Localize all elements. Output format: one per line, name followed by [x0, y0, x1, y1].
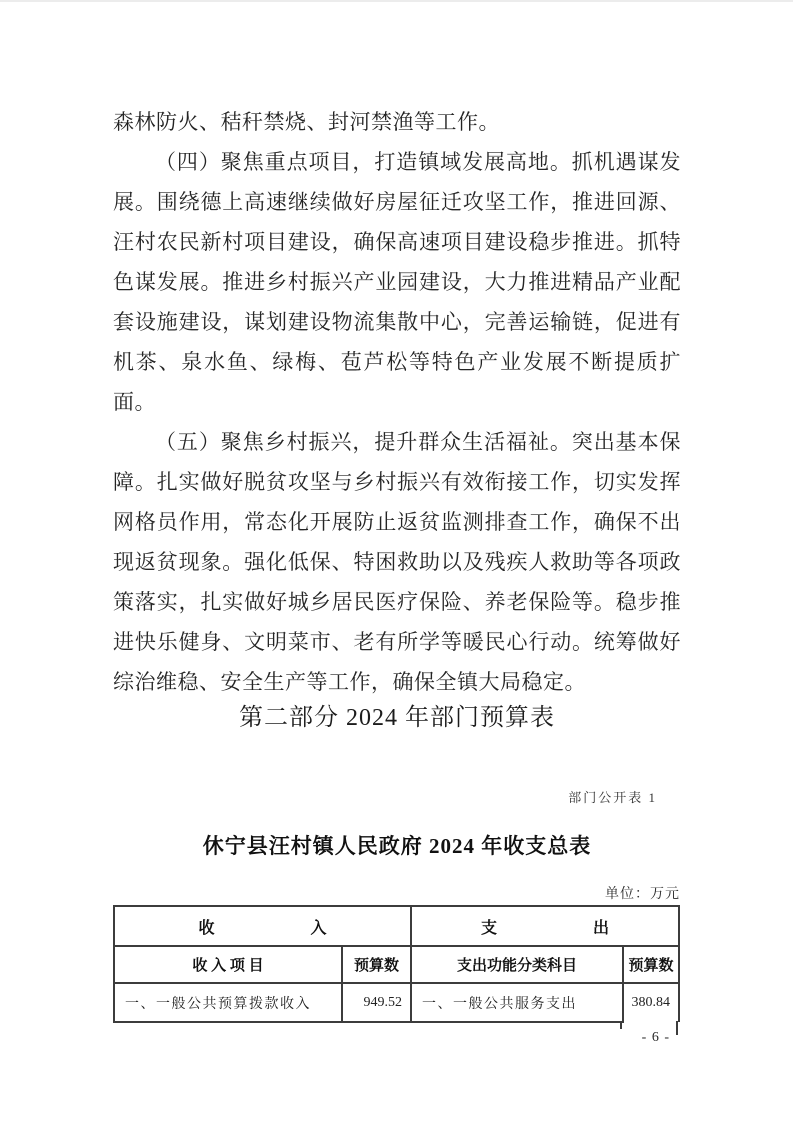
expense-value-cell: 380.84	[623, 983, 679, 1022]
income-budget-header-cell: 预算数	[342, 946, 411, 983]
document-body: 森林防火、秸秆禁烧、封河禁渔等工作。 （四）聚焦重点项目，打造镇域发展高地。抓机…	[113, 102, 681, 702]
table-continuation-line	[676, 1021, 678, 1035]
expense-item-cell: 一、一般公共服务支出	[411, 983, 623, 1022]
table-row: 一、一般公共预算拨款收入 949.52 一、一般公共服务支出 380.84	[114, 983, 679, 1022]
table-group-header-row: 收 入 支 出	[114, 906, 679, 946]
unit-note: 单位：万元	[605, 883, 680, 903]
expense-budget-header-cell: 预算数	[623, 946, 679, 983]
budget-summary-table: 收 入 支 出 收 入 项 目 预算数 支出功能分类科目 预算数 一、一般公共预…	[113, 905, 680, 1023]
income-value-cell: 949.52	[342, 983, 411, 1022]
paragraph-item-5: （五）聚焦乡村振兴，提升群众生活福祉。突出基本保障。扎实做好脱贫攻坚与乡村振兴有…	[113, 422, 681, 702]
table-title: 休宁县汪村镇人民政府 2024 年收支总表	[113, 830, 681, 860]
table-label: 部门公开表 1	[568, 787, 657, 806]
paragraph-continuation: 森林防火、秸秆禁烧、封河禁渔等工作。	[113, 102, 681, 142]
expense-item-header-cell: 支出功能分类科目	[411, 946, 623, 983]
table-continuation-line	[620, 1021, 622, 1029]
document-page: 森林防火、秸秆禁烧、封河禁渔等工作。 （四）聚焦重点项目，打造镇域发展高地。抓机…	[0, 0, 793, 1122]
paragraph-item-4: （四）聚焦重点项目，打造镇域发展高地。抓机遇谋发展。围绕德上高速继续做好房屋征迁…	[113, 142, 681, 422]
income-group-header-cell: 收 入	[114, 906, 411, 946]
income-item-cell: 一、一般公共预算拨款收入	[114, 983, 342, 1022]
table-column-header-row: 收 入 项 目 预算数 支出功能分类科目 预算数	[114, 946, 679, 983]
page-number: - 6 -	[642, 1030, 670, 1046]
section-heading: 第二部分 2024 年部门预算表	[113, 700, 681, 736]
expense-group-header-cell: 支 出	[411, 906, 679, 946]
income-item-header-cell: 收 入 项 目	[114, 946, 342, 983]
